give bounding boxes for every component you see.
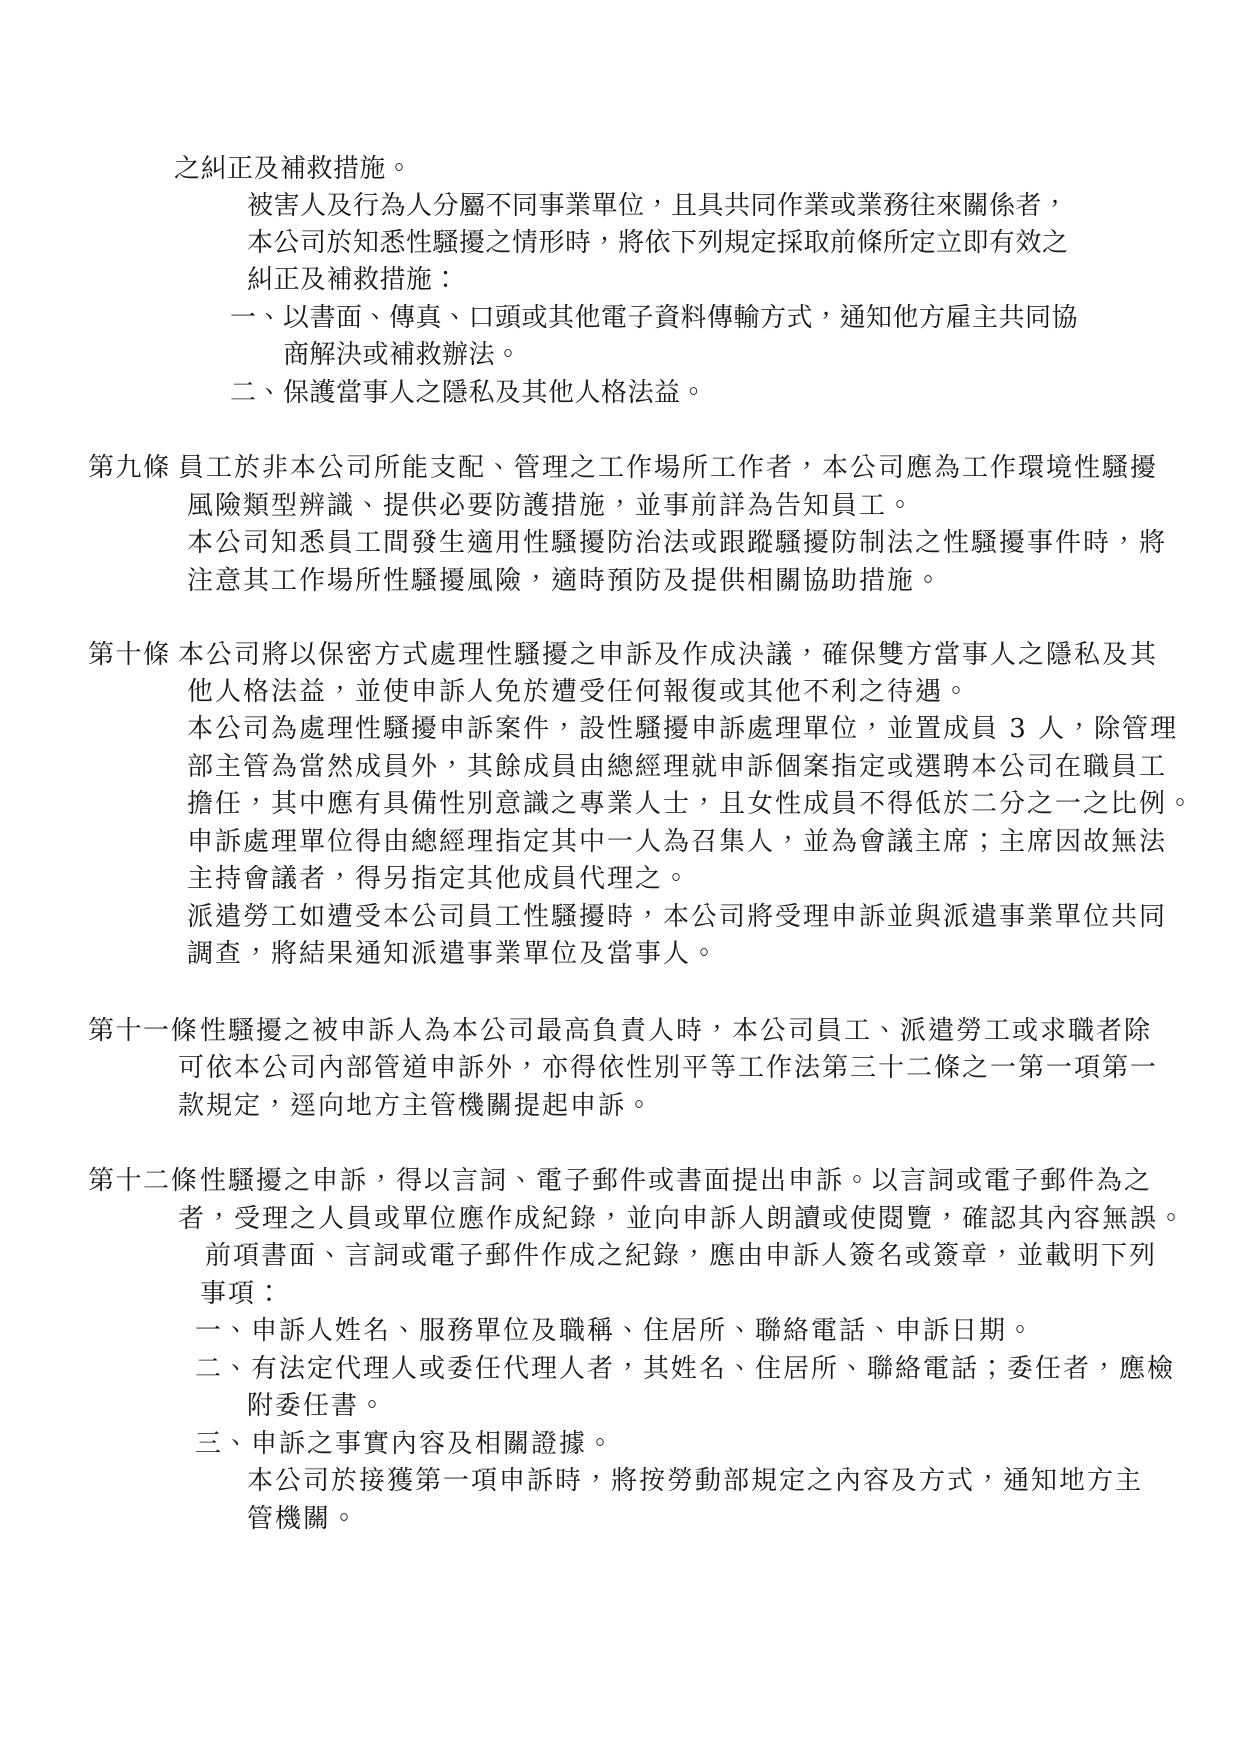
text-line: 性騷擾之申訴，得以言詞、電子郵件或書面提出申訴。以言詞或電子郵件為之 bbox=[200, 1167, 1152, 1197]
text-line: 員工於非本公司所能支配、管理之工作場所工作者，本公司應為工作環境性騷擾 bbox=[178, 454, 1158, 484]
text-line: 本公司於知悉性騷擾之情形時，將依下列規定採取前條所定立即有效之 bbox=[247, 229, 1069, 259]
text-line: 被害人及行為人分屬不同事業單位，且具共同作業或業務往來關係者， bbox=[247, 192, 1069, 222]
list-item-line: 二、保護當事人之隱私及其他人格法益。 bbox=[230, 379, 707, 409]
article-label: 第十一條 bbox=[88, 1017, 198, 1047]
text-line: 性騷擾之被申訴人為本公司最高負責人時，本公司員工、派遣勞工或求職者除 bbox=[200, 1017, 1152, 1047]
text-line: 管機關。 bbox=[247, 1505, 359, 1535]
text-line: 前項書面、言詞或電子郵件作成之紀錄，應由申訴人簽名或簽章，並載明下列 bbox=[205, 1242, 1157, 1272]
text-line: 糾正及補救措施： bbox=[247, 266, 459, 296]
text-line: 本公司於接獲第一項申訴時，將按勞動部規定之內容及方式，通知地方主 bbox=[247, 1467, 1143, 1497]
list-item-line: 一、申訴人姓名、服務單位及職稱、住居所、聯絡電話、申訴日期。 bbox=[195, 1317, 1035, 1347]
text-line: 事項： bbox=[200, 1280, 284, 1310]
text-line: 本公司知悉員工間發生適用性騷擾防治法或跟蹤騷擾防制法之性騷擾事件時，將 bbox=[187, 529, 1167, 559]
text-line: 可依本公司內部管道申訴外，亦得依性別平等工作法第三十二條之一第一項第一 bbox=[178, 1054, 1158, 1084]
article-label: 第九條 bbox=[88, 454, 171, 484]
text-line: 部主管為當然成員外，其餘成員由總經理就申訴個案指定或選聘本公司在職員工 bbox=[187, 753, 1167, 783]
text-line: 調查，將結果通知派遣事業單位及當事人。 bbox=[187, 940, 719, 970]
text-line: 者，受理之人員或單位應作成紀錄，並向申訴人朗讀或使閱覽，確認其內容無誤。 bbox=[178, 1205, 1186, 1235]
text-line: 附委任書。 bbox=[247, 1392, 387, 1422]
text-line: 款規定，逕向地方主管機關提起申訴。 bbox=[178, 1092, 654, 1122]
text-line: 商解決或補救辦法。 bbox=[283, 341, 522, 371]
text-line: 申訴處理單位得由總經理指定其中一人為召集人，並為會議主席；主席因故無法 bbox=[187, 828, 1167, 858]
article-label: 第十二條 bbox=[88, 1167, 198, 1197]
text-line: 之糾正及補救措施。 bbox=[174, 155, 413, 185]
list-item-line: 一、以書面、傳真、口頭或其他電子資料傳輸方式，通知他方雇主共同協 bbox=[230, 304, 1078, 334]
text-line: 主持會議者，得另指定其他成員代理之。 bbox=[187, 865, 691, 895]
text-line: 注意其工作場所性騷擾風險，適時預防及提供相關協助措施。 bbox=[187, 567, 943, 597]
text-line: 本公司為處理性騷擾申訴案件，設性騷擾申訴處理單位，並置成員 3 人，除管理 bbox=[187, 715, 1178, 745]
document-page: 之糾正及補救措施。 被害人及行為人分屬不同事業單位，且具共同作業或業務往來關係者… bbox=[0, 0, 1241, 1754]
article-label: 第十條 bbox=[88, 641, 171, 671]
text-line: 本公司將以保密方式處理性騷擾之申訴及作成決議，確保雙方當事人之隱私及其 bbox=[178, 641, 1158, 671]
text-line: 風險類型辨識、提供必要防護措施，並事前詳為告知員工。 bbox=[187, 492, 915, 522]
text-line: 他人格法益，並使申訴人免於遭受任何報復或其他不利之待遇。 bbox=[187, 678, 971, 708]
text-line: 擔任，其中應有具備性別意識之專業人士，且女性成員不得低於二分之一之比例。 bbox=[187, 790, 1195, 820]
list-item-line: 三、申訴之事實內容及相關證據。 bbox=[195, 1430, 615, 1460]
list-item-line: 二、有法定代理人或委任代理人者，其姓名、住居所、聯絡電話；委任者，應檢 bbox=[195, 1355, 1175, 1385]
text-line: 派遣勞工如遭受本公司員工性騷擾時，本公司將受理申訴並與派遣事業單位共同 bbox=[187, 903, 1167, 933]
